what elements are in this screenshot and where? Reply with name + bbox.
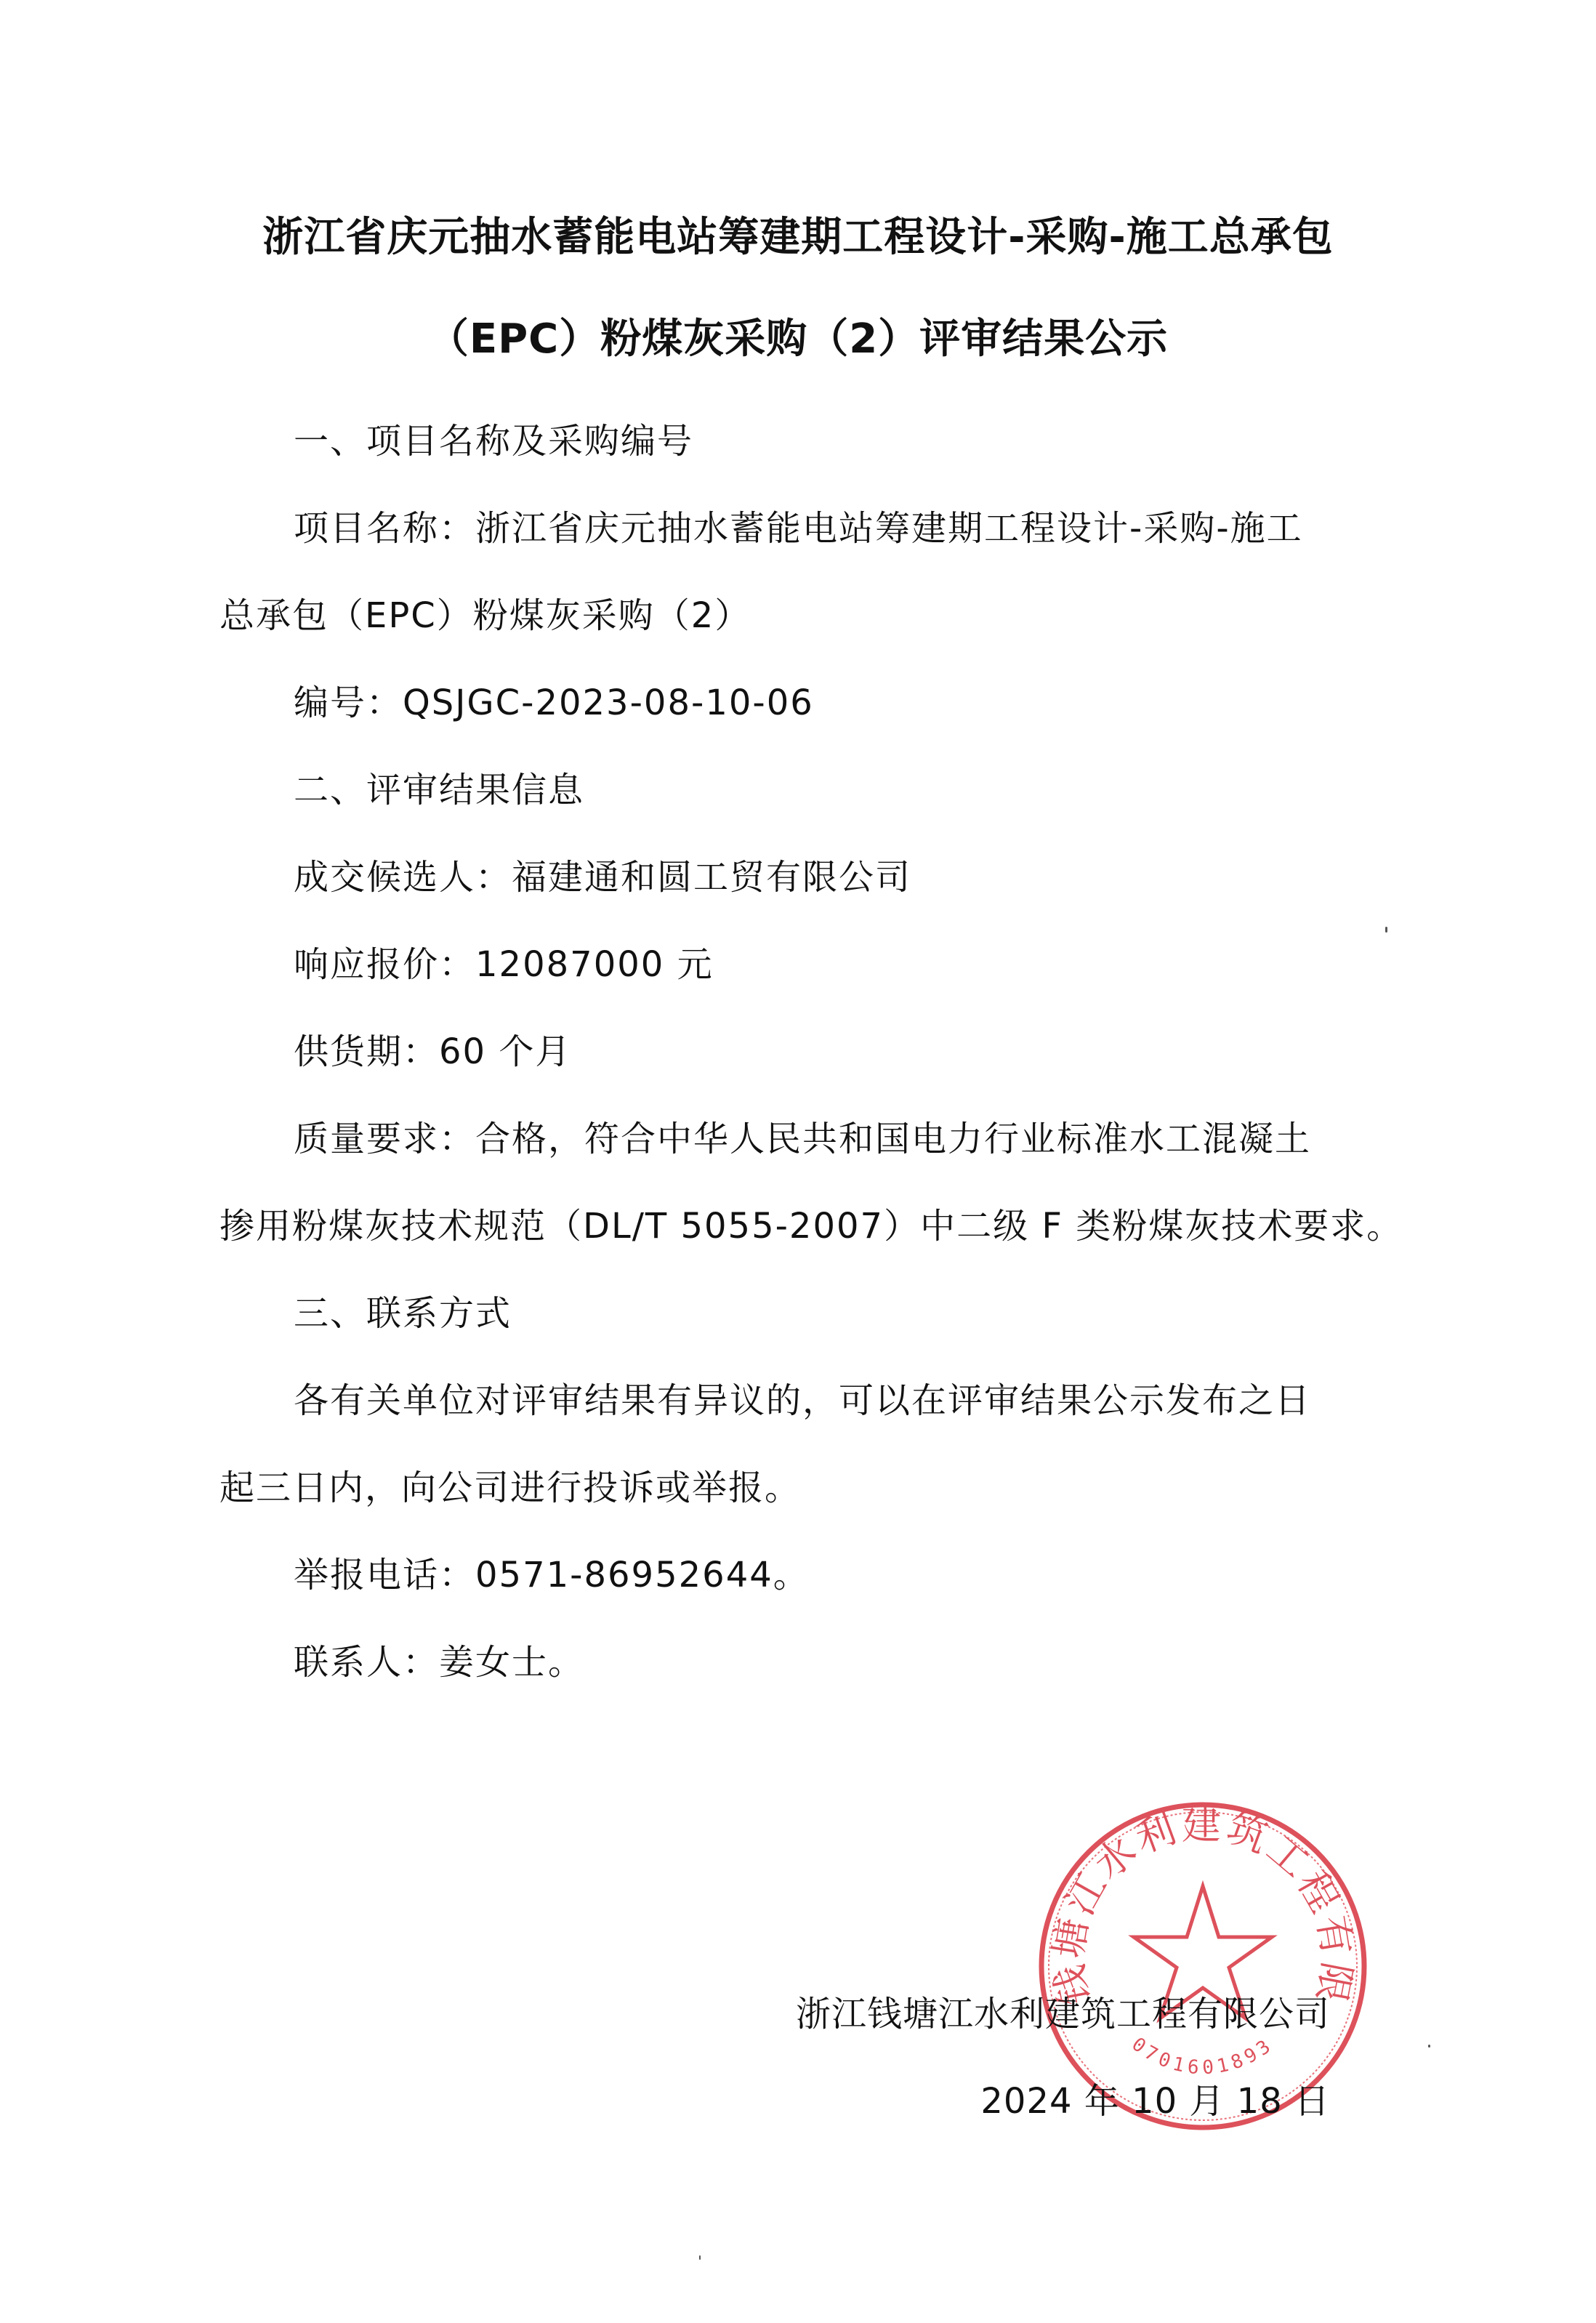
supply-period: 供货期：60 个月 [294,1023,571,1074]
procurement-number: 编号：QSJGC-2023-08-10-06 [294,675,814,725]
document-title-line2: （EPC）粉煤灰采购（2）评审结果公示 [0,307,1596,365]
svg-text:0701601893: 0701601893 [1127,2034,1278,2080]
objection-line2: 起三日内，向公司进行投诉或举报。 [219,1460,801,1510]
scan-speck [699,2255,701,2260]
quality-requirement-line1: 质量要求：合格，符合中华人民共和国电力行业标准水工混凝土 [294,1111,1311,1161]
report-phone: 举报电话：0571-86952644。 [294,1547,810,1597]
winning-candidate: 成交候选人：福建通和圆工贸有限公司 [294,849,911,899]
scan-speck [1428,2045,1430,2048]
section3-heading: 三、联系方式 [294,1285,512,1335]
objection-line1: 各有关单位对评审结果有异议的，可以在评审结果公示发布之日 [294,1372,1311,1422]
project-name-line1: 项目名称：浙江省庆元抽水蓄能电站筹建期工程设计-采购-施工 [294,500,1303,550]
section1-heading: 一、项目名称及采购编号 [294,413,693,463]
scan-speck [1385,927,1387,933]
document-page: 浙江省庆元抽水蓄能电站筹建期工程设计-采购-施工总承包 （EPC）粉煤灰采购（2… [0,0,1596,2323]
response-price: 响应报价：12087000 元 [294,936,714,986]
quality-requirement-line2: 掺用粉煤灰技术规范（DL/T 5055-2007）中二级 F 类粉煤灰技术要求。 [219,1198,1403,1248]
project-name-line2: 总承包（EPC）粉煤灰采购（2） [219,587,751,637]
signing-company: 浙江钱塘江水利建筑工程有限公司 [796,1986,1330,2036]
document-title-line1: 浙江省庆元抽水蓄能电站筹建期工程设计-采购-施工总承包 [0,205,1596,263]
contact-person: 联系人：姜女士。 [294,1634,584,1684]
section2-heading: 二、评审结果信息 [294,762,584,812]
signing-date: 2024 年 10 月 18 日 [980,2073,1330,2123]
